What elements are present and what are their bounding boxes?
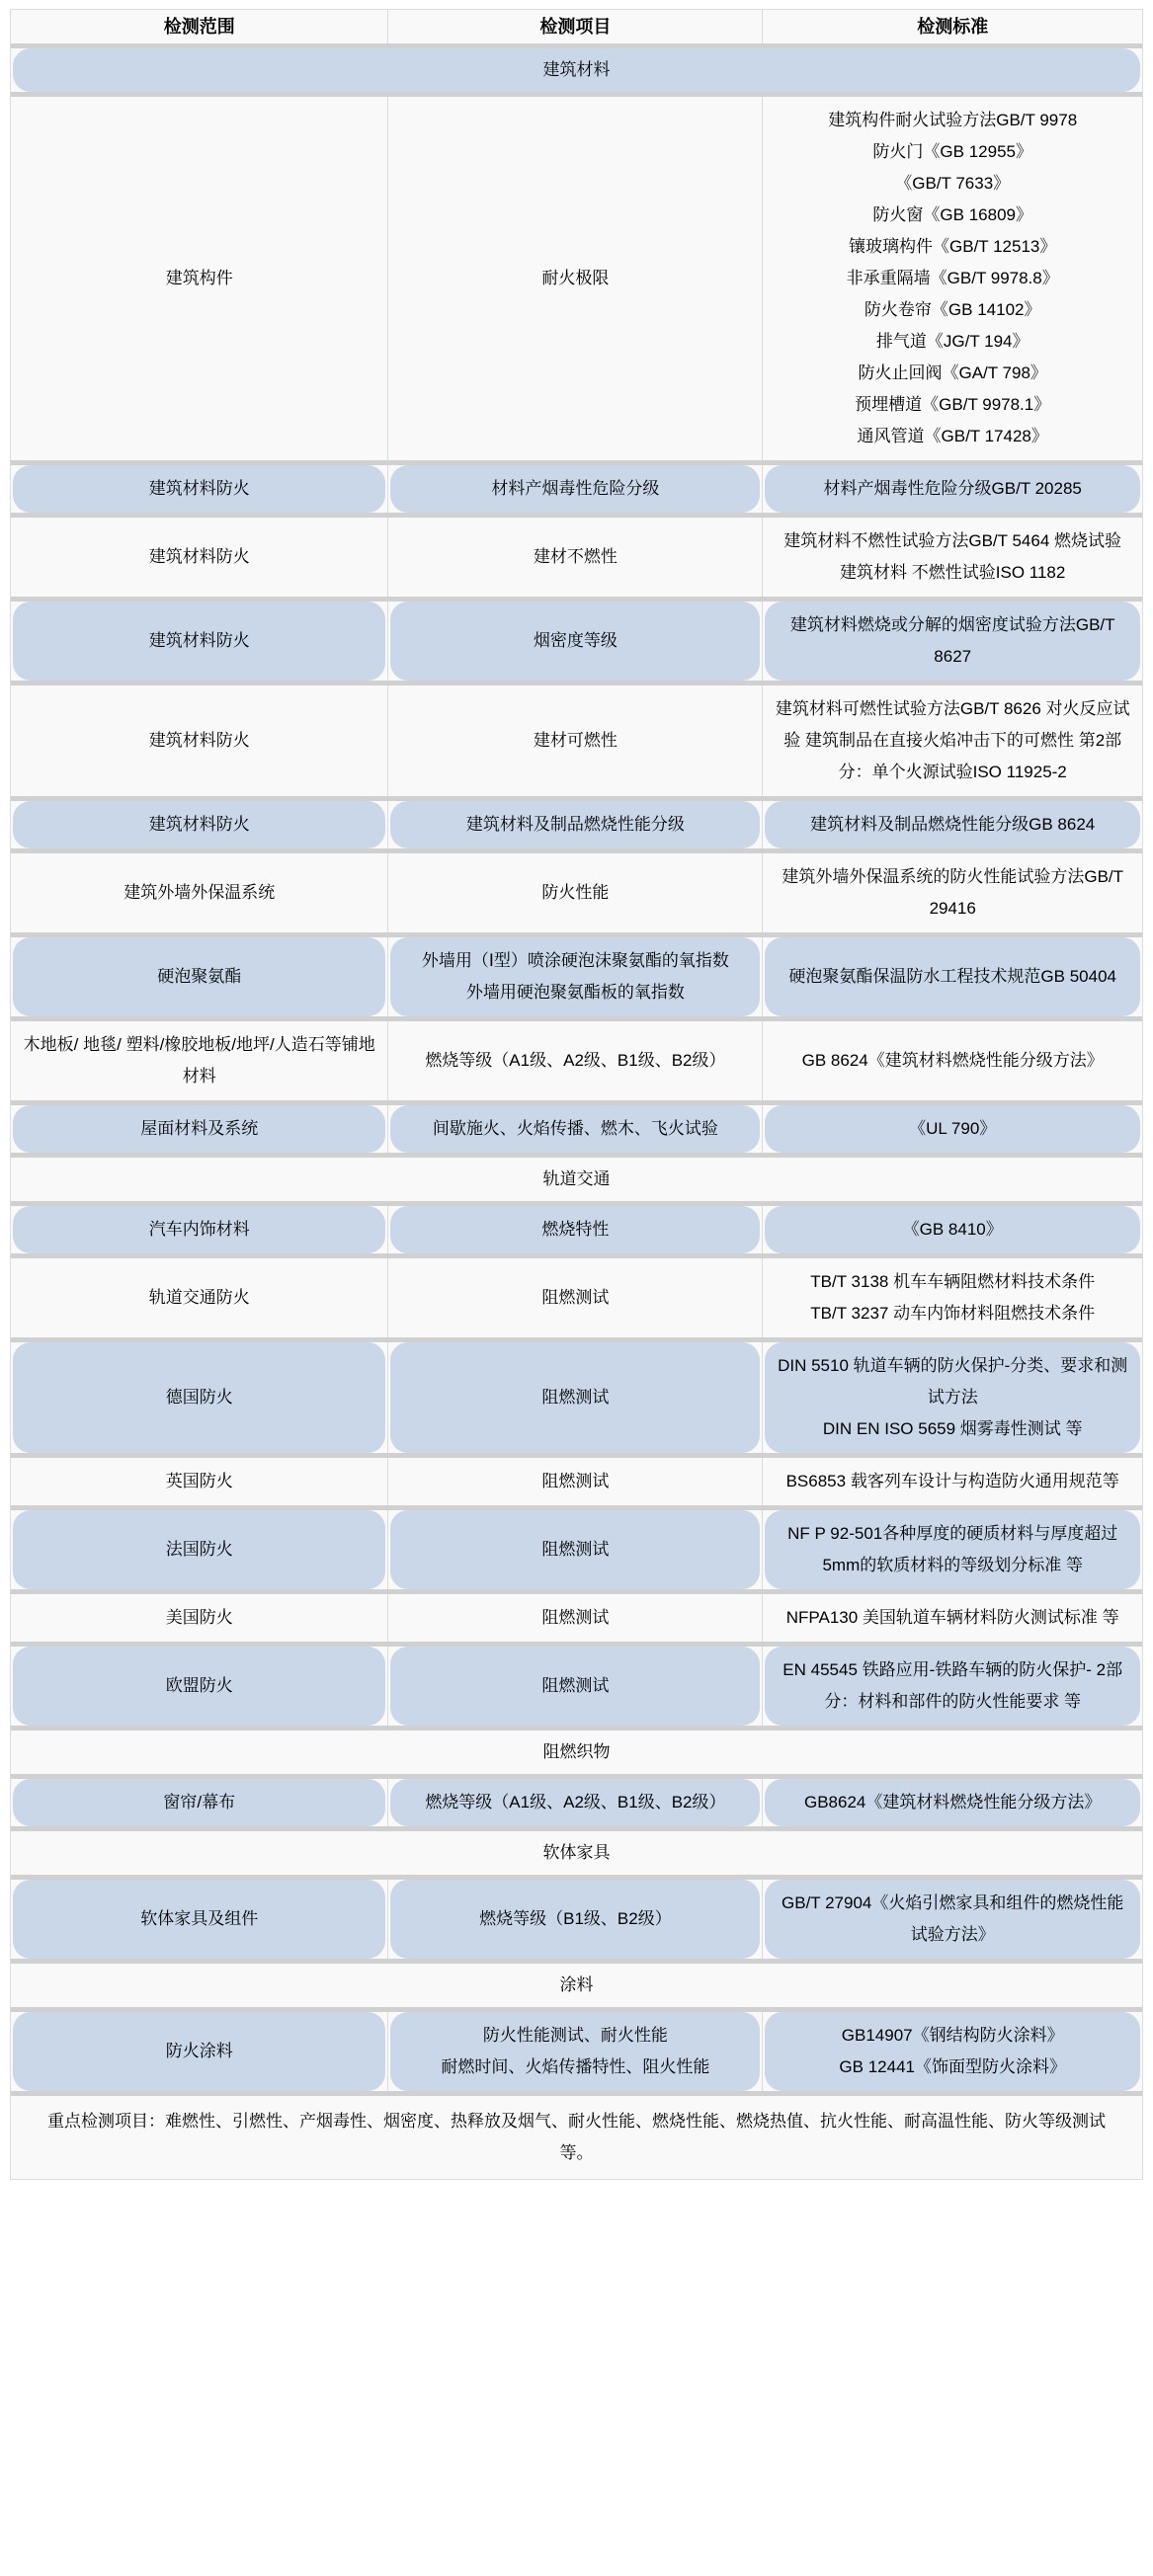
scope-cell: 欧盟防火 bbox=[11, 1647, 388, 1726]
text-line: BS6853 载客列车设计与构造防火通用规范等 bbox=[775, 1466, 1130, 1497]
text-line: 软体家具 bbox=[21, 1837, 1132, 1869]
text-line: GB/T 27904《火焰引燃家具和组件的燃烧性能试验方法》 bbox=[775, 1888, 1130, 1951]
data-row: 建筑构件耐火极限建筑构件耐火试验方法GB/T 9978防火门《GB 12955》… bbox=[11, 97, 1142, 460]
item-cell: 阻燃测试 bbox=[388, 1510, 763, 1589]
section-row: 软体家具 bbox=[11, 1831, 1142, 1875]
text-line: 外墙用（Ⅰ型）喷涂硬泡沫聚氨酯的氧指数 bbox=[400, 945, 750, 977]
item-cell: 阻燃测试 bbox=[388, 1342, 763, 1453]
scope-cell: 汽车内饰材料 bbox=[11, 1206, 388, 1253]
standard-cell: EN 45545 铁路应用-铁路车辆的防火保护- 2部分：材料和部件的防火性能要… bbox=[763, 1647, 1142, 1726]
header-cell-standard: 检测标准 bbox=[763, 10, 1142, 43]
item-cell: 建筑材料及制品燃烧性能分级 bbox=[388, 801, 763, 848]
section-label-cell: 软体家具 bbox=[11, 1831, 1142, 1875]
text-line: 建筑材料及制品燃烧性能分级GB 8624 bbox=[775, 809, 1130, 841]
text-line: 材料产烟毒性危险分级GB/T 20285 bbox=[775, 473, 1130, 505]
scope-cell: 硬泡聚氨酯 bbox=[11, 937, 388, 1016]
footer-text: 重点检测项目：难燃性、引燃性、产烟毒性、烟密度、热释放及烟气、耐火性能、燃烧性能… bbox=[37, 2106, 1116, 2169]
text-line: 防火性能 bbox=[400, 877, 750, 909]
standard-cell: NF P 92-501各种厚度的硬质材料与厚度超过5mm的软质材料的等级划分标准… bbox=[763, 1510, 1142, 1589]
text-line: 建筑材料 bbox=[21, 54, 1132, 86]
scope-cell: 英国防火 bbox=[11, 1458, 388, 1505]
text-line: 《GB 8410》 bbox=[775, 1214, 1130, 1246]
item-cell: 阻燃测试 bbox=[388, 1594, 763, 1642]
text-line: TB/T 3237 动车内饰材料阻燃技术条件 bbox=[775, 1298, 1130, 1329]
text-line: TB/T 3138 机车车辆阻燃材料技术条件 bbox=[775, 1266, 1130, 1298]
text-line: 硬泡聚氨酯 bbox=[23, 961, 375, 993]
text-line: 排气道《JG/T 194》 bbox=[775, 326, 1130, 358]
text-line: 阻燃测试 bbox=[400, 1466, 750, 1497]
text-line: 窗帘/幕布 bbox=[23, 1787, 375, 1818]
scope-cell: 建筑外墙外保温系统 bbox=[11, 853, 388, 932]
text-line: 预埋槽道《GB/T 9978.1》 bbox=[775, 389, 1130, 421]
header-label: 检测标准 bbox=[773, 15, 1132, 39]
scope-cell: 屋面材料及系统 bbox=[11, 1105, 388, 1153]
item-cell: 阻燃测试 bbox=[388, 1647, 763, 1726]
section-label-cell: 建筑材料 bbox=[11, 48, 1142, 92]
data-row: 建筑材料防火烟密度等级建筑材料燃烧或分解的烟密度试验方法GB/T 8627 bbox=[11, 602, 1142, 681]
text-line: 燃烧等级（A1级、A2级、B1级、B2级） bbox=[400, 1045, 750, 1077]
text-line: 建筑外墙外保温系统 bbox=[23, 877, 375, 909]
text-line: 《UL 790》 bbox=[775, 1113, 1130, 1145]
section-row: 涂料 bbox=[11, 1964, 1142, 2007]
table-footer-row: 重点检测项目：难燃性、引燃性、产烟毒性、烟密度、热释放及烟气、耐火性能、燃烧性能… bbox=[11, 2096, 1142, 2179]
data-row: 汽车内饰材料燃烧特性《GB 8410》 bbox=[11, 1206, 1142, 1253]
item-cell: 烟密度等级 bbox=[388, 602, 763, 681]
page: 检测范围 检测项目 检测标准 建筑材料建筑构件耐火极限建筑构件耐火试验方法GB/… bbox=[0, 9, 1153, 2180]
text-line: 屋面材料及系统 bbox=[23, 1113, 375, 1145]
scope-cell: 窗帘/幕布 bbox=[11, 1779, 388, 1826]
table-header-row: 检测范围 检测项目 检测标准 bbox=[11, 10, 1142, 43]
text-line: 建筑材料防火 bbox=[23, 473, 375, 505]
data-row: 建筑材料防火建筑材料及制品燃烧性能分级建筑材料及制品燃烧性能分级GB 8624 bbox=[11, 801, 1142, 848]
text-line: 建筑外墙外保温系统的防火性能试验方法GB/T 29416 bbox=[775, 861, 1130, 925]
item-cell: 建材不燃性 bbox=[388, 518, 763, 597]
scope-cell: 建筑材料防火 bbox=[11, 518, 388, 597]
item-cell: 外墙用（Ⅰ型）喷涂硬泡沫聚氨酯的氧指数外墙用硬泡聚氨酯板的氧指数 bbox=[388, 937, 763, 1016]
text-line: 建筑材料不燃性试验方法GB/T 5464 燃烧试验 建筑材料 不燃性试验ISO … bbox=[775, 525, 1130, 589]
scope-cell: 法国防火 bbox=[11, 1510, 388, 1589]
text-line: 德国防火 bbox=[23, 1382, 375, 1413]
standard-cell: 材料产烟毒性危险分级GB/T 20285 bbox=[763, 465, 1142, 513]
standard-cell: TB/T 3138 机车车辆阻燃材料技术条件TB/T 3237 动车内饰材料阻燃… bbox=[763, 1258, 1142, 1337]
data-row: 英国防火阻燃测试BS6853 载客列车设计与构造防火通用规范等 bbox=[11, 1458, 1142, 1505]
text-line: 防火止回阀《GA/T 798》 bbox=[775, 358, 1130, 389]
standard-cell: GB8624《建筑材料燃烧性能分级方法》 bbox=[763, 1779, 1142, 1826]
standard-cell: 建筑构件耐火试验方法GB/T 9978防火门《GB 12955》《GB/T 76… bbox=[763, 97, 1142, 460]
text-line: 阻燃测试 bbox=[400, 1534, 750, 1566]
text-line: 轨道交通防火 bbox=[23, 1282, 375, 1314]
text-line: 耐火极限 bbox=[400, 263, 750, 294]
standard-cell: 硬泡聚氨酯保温防水工程技术规范GB 50404 bbox=[763, 937, 1142, 1016]
text-line: 建筑材料防火 bbox=[23, 725, 375, 757]
item-cell: 材料产烟毒性危险分级 bbox=[388, 465, 763, 513]
section-label-cell: 涂料 bbox=[11, 1964, 1142, 2007]
standard-cell: GB/T 27904《火焰引燃家具和组件的燃烧性能试验方法》 bbox=[763, 1880, 1142, 1959]
item-cell: 间歇施火、火焰传播、燃木、飞火试验 bbox=[388, 1105, 763, 1153]
item-cell: 燃烧等级（B1级、B2级） bbox=[388, 1880, 763, 1959]
item-cell: 燃烧等级（A1级、A2级、B1级、B2级） bbox=[388, 1779, 763, 1826]
standard-cell: DIN 5510 轨道车辆的防火保护-分类、要求和测试方法DIN EN ISO … bbox=[763, 1342, 1142, 1453]
text-line: 建筑材料燃烧或分解的烟密度试验方法GB/T 8627 bbox=[775, 609, 1130, 673]
text-line: 建筑材料防火 bbox=[23, 625, 375, 657]
scope-cell: 建筑材料防火 bbox=[11, 602, 388, 681]
text-line: 涂料 bbox=[21, 1970, 1132, 2001]
section-label-cell: 轨道交通 bbox=[11, 1158, 1142, 1201]
text-line: 防火性能测试、耐火性能 bbox=[400, 2020, 750, 2052]
text-line: 外墙用硬泡聚氨酯板的氧指数 bbox=[400, 977, 750, 1008]
text-line: 烟密度等级 bbox=[400, 625, 750, 657]
standard-cell: 《GB 8410》 bbox=[763, 1206, 1142, 1253]
text-line: 阻燃织物 bbox=[21, 1736, 1132, 1768]
scope-cell: 建筑材料防火 bbox=[11, 685, 388, 796]
text-line: 建筑材料防火 bbox=[23, 541, 375, 573]
data-row: 软体家具及组件燃烧等级（B1级、B2级）GB/T 27904《火焰引燃家具和组件… bbox=[11, 1880, 1142, 1959]
text-line: 建筑构件 bbox=[23, 263, 375, 294]
standard-cell: GB 8624《建筑材料燃烧性能分级方法》 bbox=[763, 1021, 1142, 1100]
data-row: 建筑材料防火材料产烟毒性危险分级材料产烟毒性危险分级GB/T 20285 bbox=[11, 465, 1142, 513]
text-line: 法国防火 bbox=[23, 1534, 375, 1566]
text-line: 建筑材料防火 bbox=[23, 809, 375, 841]
text-line: 阻燃测试 bbox=[400, 1602, 750, 1634]
scope-cell: 木地板/ 地毯/ 塑料/橡胶地板/地坪/人造石等铺地材料 bbox=[11, 1021, 388, 1100]
text-line: 阻燃测试 bbox=[400, 1670, 750, 1702]
header-label: 检测项目 bbox=[398, 15, 752, 39]
header-cell-scope: 检测范围 bbox=[11, 10, 388, 43]
text-line: 轨道交通 bbox=[21, 1164, 1132, 1195]
header-cell-item: 检测项目 bbox=[388, 10, 763, 43]
standard-cell: 建筑材料燃烧或分解的烟密度试验方法GB/T 8627 bbox=[763, 602, 1142, 681]
scope-cell: 轨道交通防火 bbox=[11, 1258, 388, 1337]
item-cell: 阻燃测试 bbox=[388, 1258, 763, 1337]
item-cell: 阻燃测试 bbox=[388, 1458, 763, 1505]
data-row: 硬泡聚氨酯外墙用（Ⅰ型）喷涂硬泡沫聚氨酯的氧指数外墙用硬泡聚氨酯板的氧指数硬泡聚… bbox=[11, 937, 1142, 1016]
text-line: 燃烧等级（B1级、B2级） bbox=[400, 1903, 750, 1935]
text-line: 美国防火 bbox=[23, 1602, 375, 1634]
data-row: 建筑材料防火建材可燃性建筑材料可燃性试验方法GB/T 8626 对火反应试验 建… bbox=[11, 685, 1142, 796]
data-row: 欧盟防火阻燃测试EN 45545 铁路应用-铁路车辆的防火保护- 2部分：材料和… bbox=[11, 1647, 1142, 1726]
text-line: 硬泡聚氨酯保温防水工程技术规范GB 50404 bbox=[775, 961, 1130, 993]
data-row: 轨道交通防火阻燃测试TB/T 3138 机车车辆阻燃材料技术条件TB/T 323… bbox=[11, 1258, 1142, 1337]
text-line: 建筑材料可燃性试验方法GB/T 8626 对火反应试验 建筑制品在直接火焰冲击下… bbox=[775, 693, 1130, 788]
data-row: 木地板/ 地毯/ 塑料/橡胶地板/地坪/人造石等铺地材料燃烧等级（A1级、A2级… bbox=[11, 1021, 1142, 1100]
data-row: 防火涂料防火性能测试、耐火性能耐燃时间、火焰传播特性、阻火性能GB14907《钢… bbox=[11, 2012, 1142, 2091]
text-line: 阻燃测试 bbox=[400, 1282, 750, 1314]
text-line: 建筑材料及制品燃烧性能分级 bbox=[400, 809, 750, 841]
text-line: 材料产烟毒性危险分级 bbox=[400, 473, 750, 505]
text-line: 间歇施火、火焰传播、燃木、飞火试验 bbox=[400, 1113, 750, 1145]
data-row: 德国防火阻燃测试DIN 5510 轨道车辆的防火保护-分类、要求和测试方法DIN… bbox=[11, 1342, 1142, 1453]
scope-cell: 建筑材料防火 bbox=[11, 801, 388, 848]
item-cell: 耐火极限 bbox=[388, 97, 763, 460]
standard-cell: BS6853 载客列车设计与构造防火通用规范等 bbox=[763, 1458, 1142, 1505]
section-row: 建筑材料 bbox=[11, 48, 1142, 92]
text-line: 建材不燃性 bbox=[400, 541, 750, 573]
data-row: 建筑材料防火建材不燃性建筑材料不燃性试验方法GB/T 5464 燃烧试验 建筑材… bbox=[11, 518, 1142, 597]
text-line: 耐燃时间、火焰传播特性、阻火性能 bbox=[400, 2052, 750, 2083]
item-cell: 防火性能 bbox=[388, 853, 763, 932]
text-line: 英国防火 bbox=[23, 1466, 375, 1497]
data-row: 屋面材料及系统间歇施火、火焰传播、燃木、飞火试验《UL 790》 bbox=[11, 1105, 1142, 1153]
text-line: 非承重隔墙《GB/T 9978.8》 bbox=[775, 263, 1130, 294]
text-line: 通风管道《GB/T 17428》 bbox=[775, 421, 1130, 452]
standard-cell: 《UL 790》 bbox=[763, 1105, 1142, 1153]
text-line: 防火窗《GB 16809》 bbox=[775, 200, 1130, 231]
scope-cell: 建筑构件 bbox=[11, 97, 388, 460]
text-line: GB14907《钢结构防火涂料》 bbox=[775, 2020, 1130, 2052]
scope-cell: 美国防火 bbox=[11, 1594, 388, 1642]
text-line: 欧盟防火 bbox=[23, 1670, 375, 1702]
header-label: 检测范围 bbox=[21, 15, 377, 39]
standard-cell: 建筑材料不燃性试验方法GB/T 5464 燃烧试验 建筑材料 不燃性试验ISO … bbox=[763, 518, 1142, 597]
data-row: 法国防火阻燃测试NF P 92-501各种厚度的硬质材料与厚度超过5mm的软质材… bbox=[11, 1510, 1142, 1589]
text-line: 燃烧特性 bbox=[400, 1214, 750, 1246]
text-line: 软体家具及组件 bbox=[23, 1903, 375, 1935]
section-row: 阻燃织物 bbox=[11, 1731, 1142, 1774]
text-line: 防火卷帘《GB 14102》 bbox=[775, 294, 1130, 326]
scope-cell: 防火涂料 bbox=[11, 2012, 388, 2091]
text-line: 阻燃测试 bbox=[400, 1382, 750, 1413]
text-line: EN 45545 铁路应用-铁路车辆的防火保护- 2部分：材料和部件的防火性能要… bbox=[775, 1654, 1130, 1718]
testing-standards-table: 检测范围 检测项目 检测标准 建筑材料建筑构件耐火极限建筑构件耐火试验方法GB/… bbox=[10, 9, 1143, 2180]
standard-cell: GB14907《钢结构防火涂料》GB 12441《饰面型防火涂料》 bbox=[763, 2012, 1142, 2091]
data-row: 美国防火阻燃测试NFPA130 美国轨道车辆材料防火测试标准 等 bbox=[11, 1594, 1142, 1642]
scope-cell: 德国防火 bbox=[11, 1342, 388, 1453]
text-line: 燃烧等级（A1级、A2级、B1级、B2级） bbox=[400, 1787, 750, 1818]
item-cell: 建材可燃性 bbox=[388, 685, 763, 796]
standard-cell: NFPA130 美国轨道车辆材料防火测试标准 等 bbox=[763, 1594, 1142, 1642]
footer-cell: 重点检测项目：难燃性、引燃性、产烟毒性、烟密度、热释放及烟气、耐火性能、燃烧性能… bbox=[11, 2096, 1142, 2179]
section-row: 轨道交通 bbox=[11, 1158, 1142, 1201]
item-cell: 燃烧等级（A1级、A2级、B1级、B2级） bbox=[388, 1021, 763, 1100]
text-line: GB 8624《建筑材料燃烧性能分级方法》 bbox=[775, 1045, 1130, 1077]
text-line: 镶玻璃构件《GB/T 12513》 bbox=[775, 231, 1130, 263]
data-row: 建筑外墙外保温系统防火性能建筑外墙外保温系统的防火性能试验方法GB/T 2941… bbox=[11, 853, 1142, 932]
text-line: 建材可燃性 bbox=[400, 725, 750, 757]
text-line: GB 12441《饰面型防火涂料》 bbox=[775, 2052, 1130, 2083]
text-line: 《GB/T 7633》 bbox=[775, 168, 1130, 200]
text-line: 防火门《GB 12955》 bbox=[775, 136, 1130, 168]
text-line: NFPA130 美国轨道车辆材料防火测试标准 等 bbox=[775, 1602, 1130, 1634]
text-line: 防火涂料 bbox=[23, 2036, 375, 2067]
text-line: 汽车内饰材料 bbox=[23, 1214, 375, 1246]
text-line: 建筑构件耐火试验方法GB/T 9978 bbox=[775, 105, 1130, 136]
text-line: DIN EN ISO 5659 烟雾毒性测试 等 bbox=[775, 1413, 1130, 1445]
data-row: 窗帘/幕布燃烧等级（A1级、A2级、B1级、B2级）GB8624《建筑材料燃烧性… bbox=[11, 1779, 1142, 1826]
item-cell: 燃烧特性 bbox=[388, 1206, 763, 1253]
text-line: NF P 92-501各种厚度的硬质材料与厚度超过5mm的软质材料的等级划分标准… bbox=[775, 1518, 1130, 1581]
text-line: GB8624《建筑材料燃烧性能分级方法》 bbox=[775, 1787, 1130, 1818]
standard-cell: 建筑材料及制品燃烧性能分级GB 8624 bbox=[763, 801, 1142, 848]
standard-cell: 建筑外墙外保温系统的防火性能试验方法GB/T 29416 bbox=[763, 853, 1142, 932]
scope-cell: 建筑材料防火 bbox=[11, 465, 388, 513]
standard-cell: 建筑材料可燃性试验方法GB/T 8626 对火反应试验 建筑制品在直接火焰冲击下… bbox=[763, 685, 1142, 796]
text-line: DIN 5510 轨道车辆的防火保护-分类、要求和测试方法 bbox=[775, 1350, 1130, 1413]
text-line: 木地板/ 地毯/ 塑料/橡胶地板/地坪/人造石等铺地材料 bbox=[23, 1029, 375, 1092]
section-label-cell: 阻燃织物 bbox=[11, 1731, 1142, 1774]
item-cell: 防火性能测试、耐火性能耐燃时间、火焰传播特性、阻火性能 bbox=[388, 2012, 763, 2091]
scope-cell: 软体家具及组件 bbox=[11, 1880, 388, 1959]
